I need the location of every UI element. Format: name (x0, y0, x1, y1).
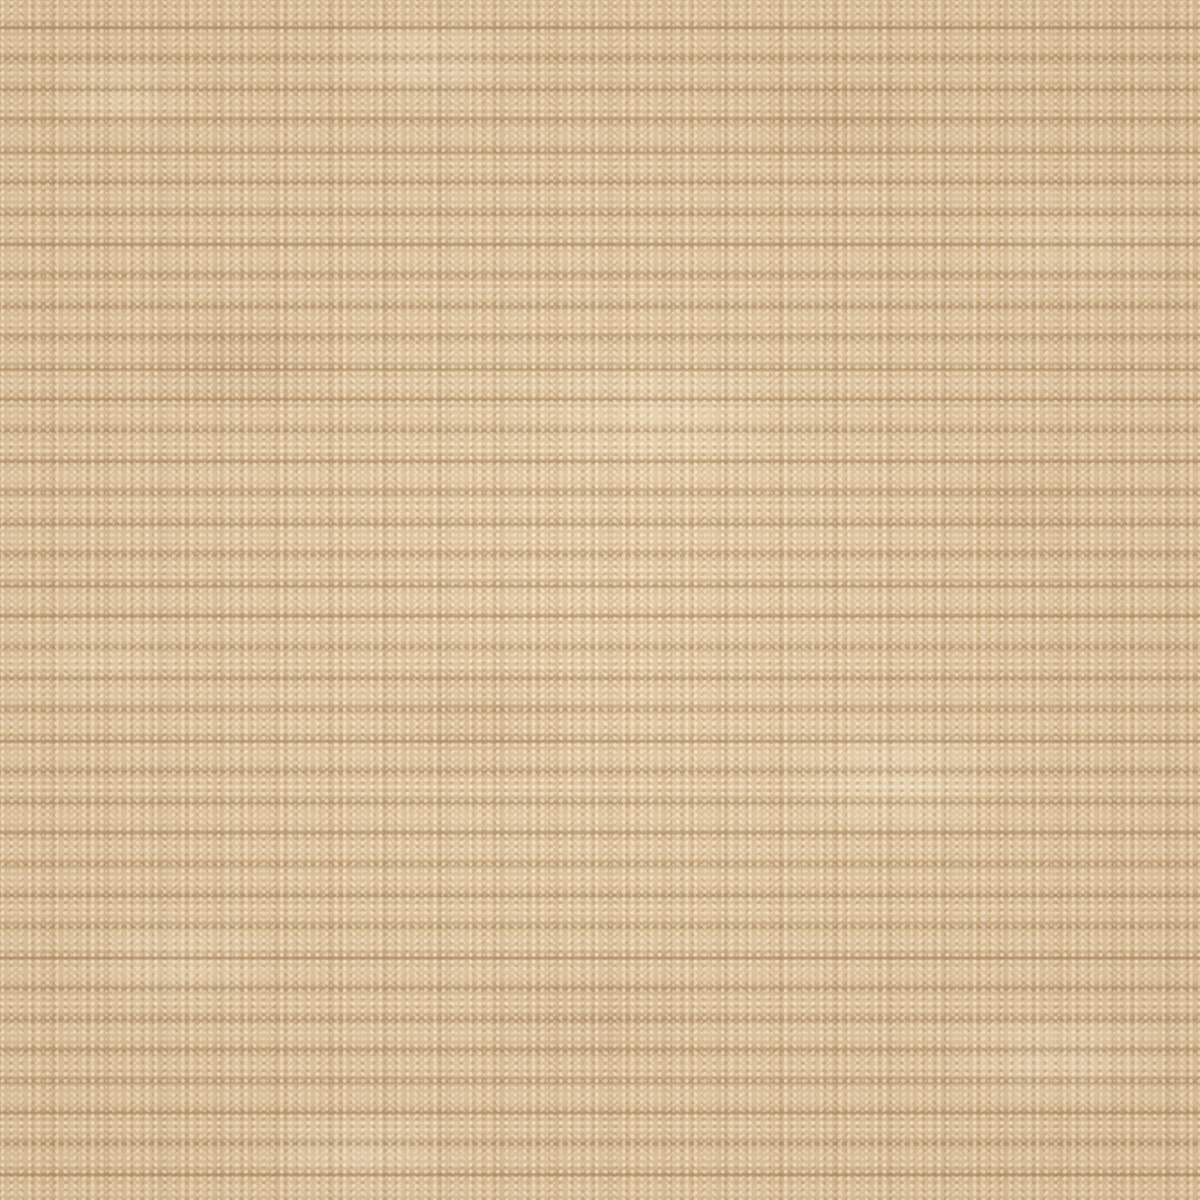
lighting-vignette (0, 0, 1200, 1200)
carpet-texture-photo (0, 0, 1200, 1200)
